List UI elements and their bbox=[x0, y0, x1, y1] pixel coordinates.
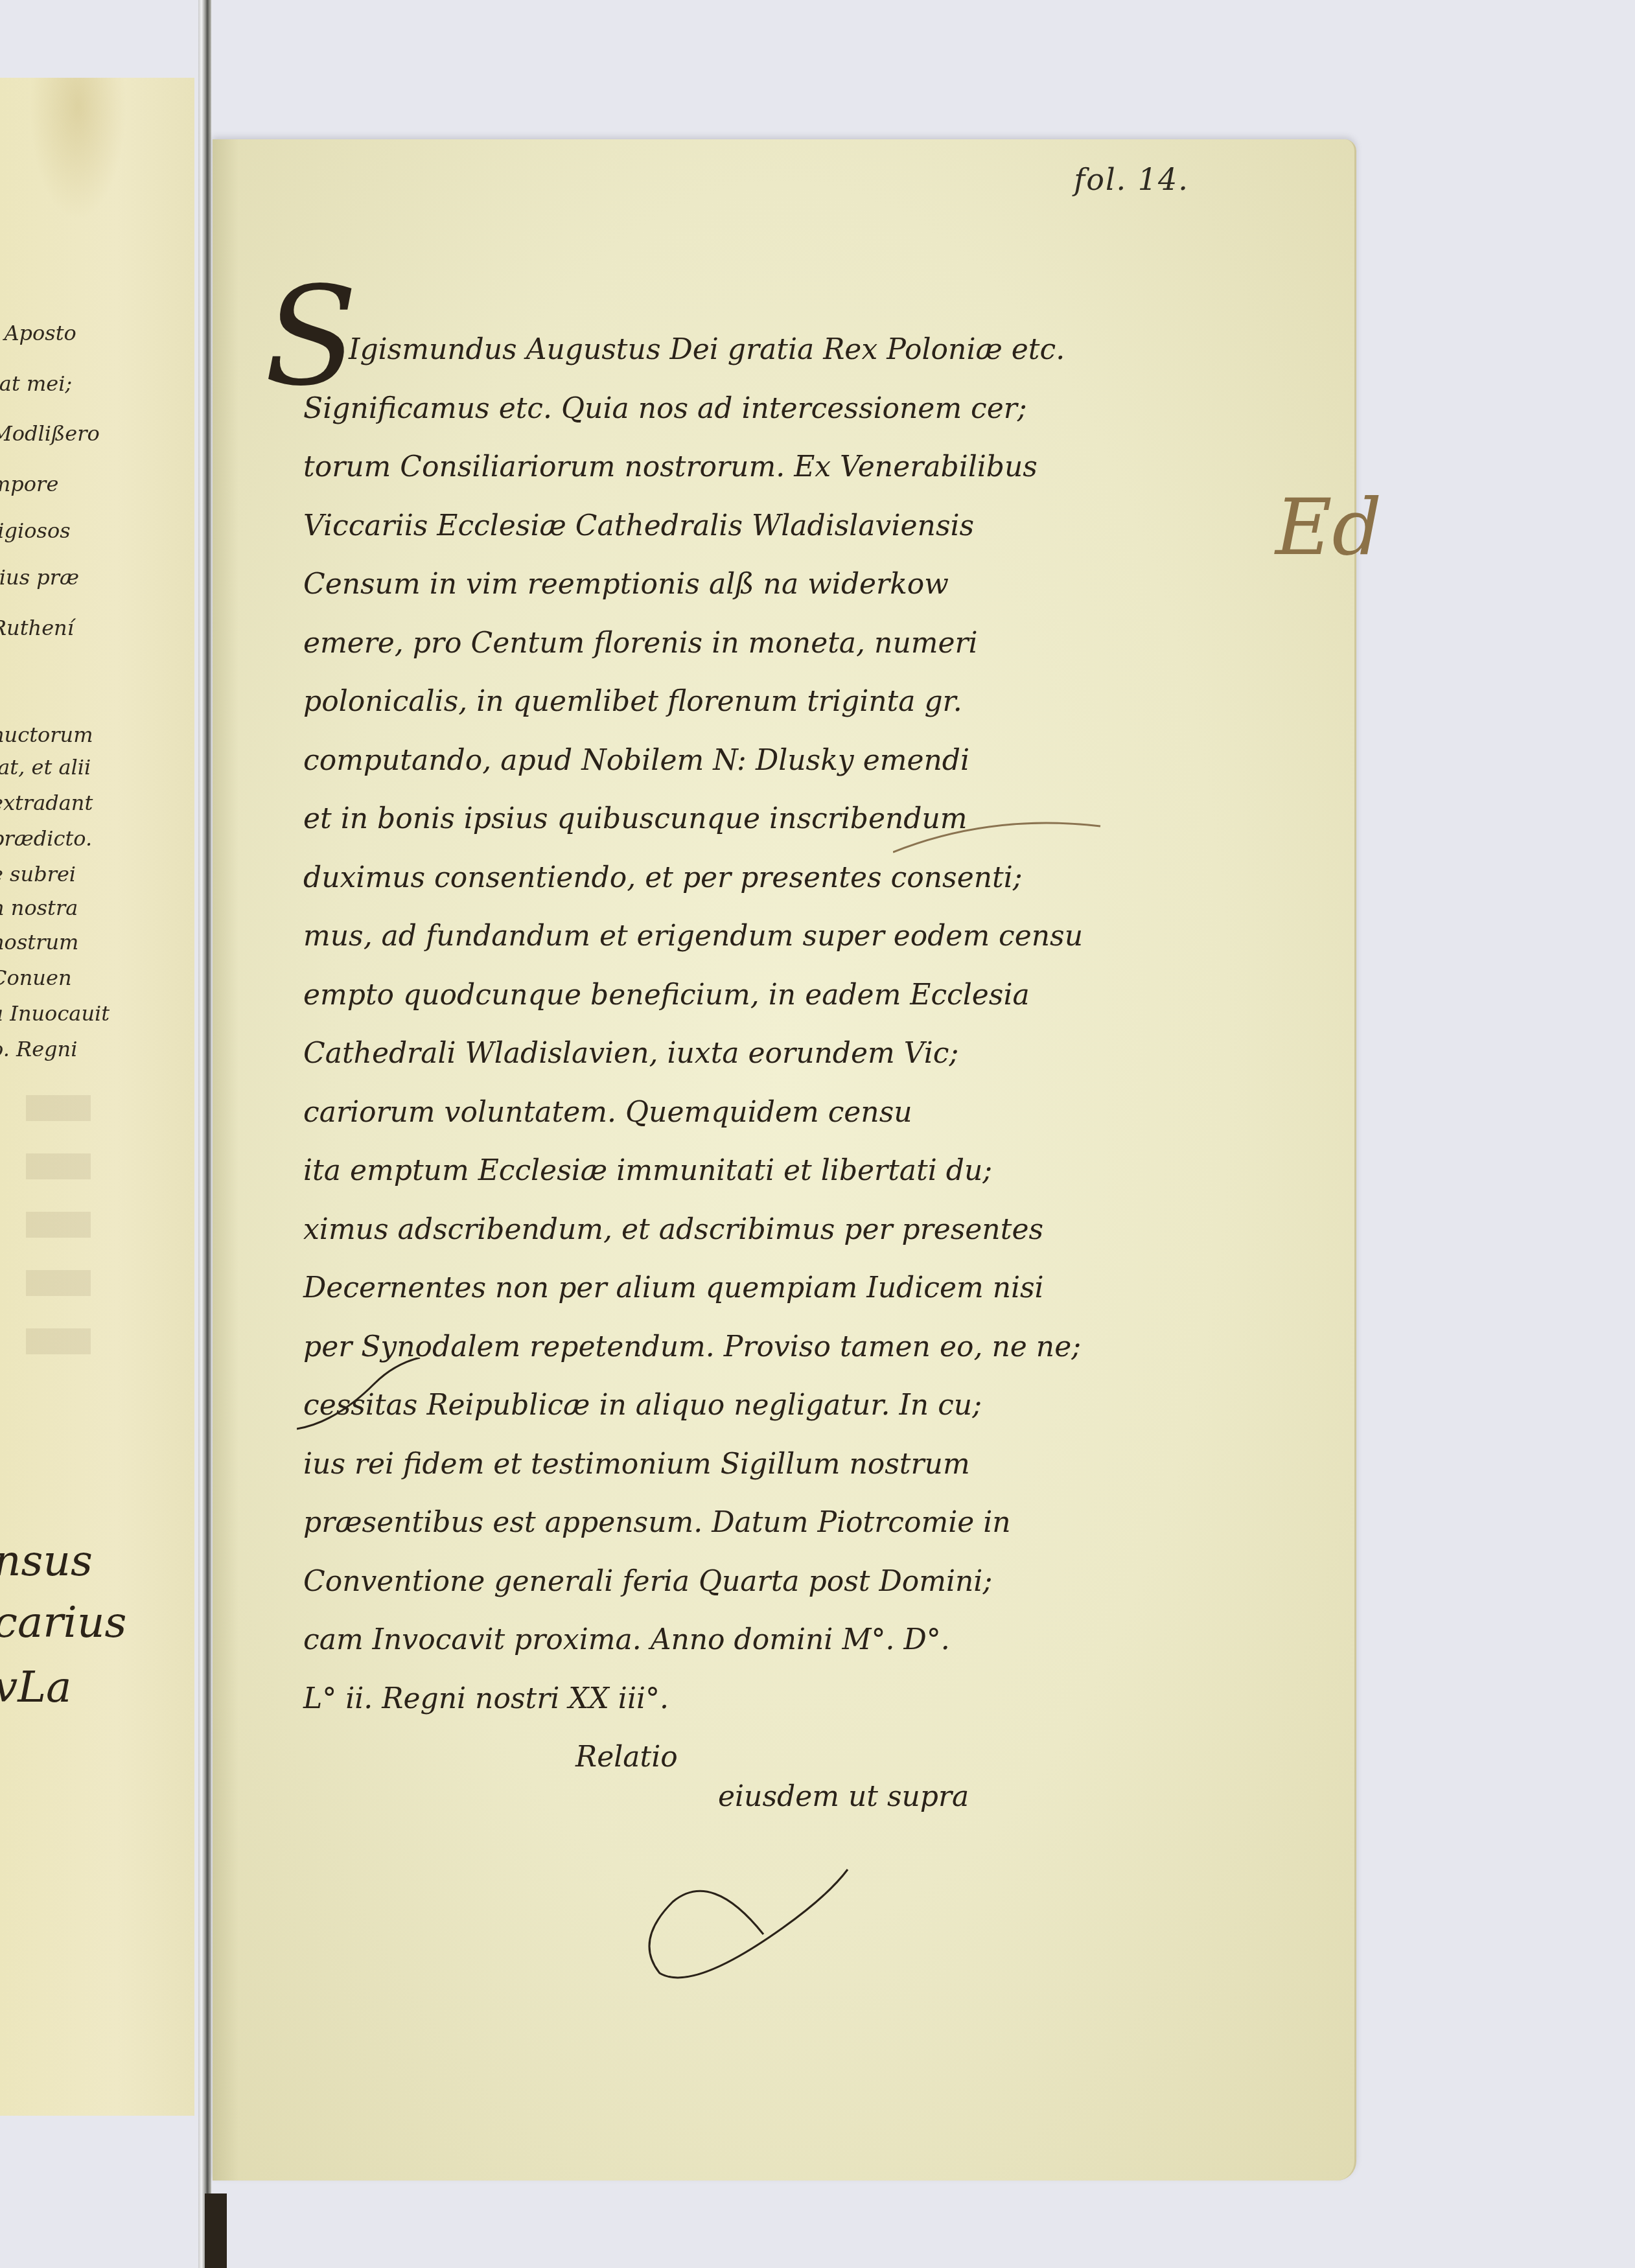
text-line: polonicalis, in quemlibet florenum trigi… bbox=[303, 673, 1295, 732]
text-line: cam Invocavit proxima. Anno domini M°. D… bbox=[303, 1611, 1295, 1670]
left-line: extradant bbox=[0, 791, 93, 815]
ink-show-through bbox=[26, 1095, 91, 1367]
closing-eiusdem: eiusdem ut supra bbox=[303, 1768, 1295, 1827]
cradle-clamp bbox=[205, 2193, 227, 2268]
folio-number: fol. 14. bbox=[1074, 162, 1189, 197]
text-line: Viccariis Ecclesiæ Cathedralis Wladislav… bbox=[303, 497, 1295, 556]
text-line: ius rei fidem et testimonium Sigillum no… bbox=[303, 1435, 1295, 1494]
text-line: emere, pro Centum florenis in moneta, nu… bbox=[303, 614, 1295, 673]
left-line: i Aposto bbox=[0, 321, 76, 345]
left-line: n nostra bbox=[0, 896, 78, 920]
glass-plate-edge bbox=[198, 0, 211, 2268]
rubric-line: carius bbox=[0, 1597, 126, 1647]
text-line: et in bonis ipsius quibuscunque inscribe… bbox=[303, 790, 1295, 849]
signature-flourish-icon bbox=[634, 1857, 867, 1986]
text-line: torum Consiliariorum nostrorum. Ex Vener… bbox=[303, 438, 1295, 497]
left-line: lat, et alii bbox=[0, 755, 91, 780]
text-line: Conventione generali feria Quarta post D… bbox=[303, 1553, 1295, 1612]
text-line: Decernentes non per alium quempiam Iudic… bbox=[303, 1259, 1295, 1318]
text-line: L° ii. Regni nostri XX iii°. bbox=[303, 1670, 1295, 1729]
text-line: Censum in vim reemptionis alß na widerko… bbox=[303, 555, 1295, 614]
text-line: ximus adscribendum, et adscribimus per p… bbox=[303, 1201, 1295, 1260]
text-line: computando, apud Nobilem N: Dlusky emend… bbox=[303, 732, 1295, 791]
text-line: empto quodcunque beneficium, in eadem Ec… bbox=[303, 966, 1295, 1025]
text-line: Cathedrali Wladislavien, iuxta eorundem … bbox=[303, 1024, 1295, 1083]
left-line: tat mei; bbox=[0, 371, 72, 396]
text-line: ita emptum Ecclesiæ immunitati et libert… bbox=[303, 1142, 1295, 1201]
left-line: tius præ bbox=[0, 565, 79, 590]
left-line: ligiosos bbox=[0, 518, 71, 543]
left-line: nostrum bbox=[0, 930, 78, 955]
text-line: mus, ad fundandum et erigendum super eod… bbox=[303, 907, 1295, 966]
left-line: a Inuocauit bbox=[0, 1001, 110, 1026]
text-line: Significamus etc. Quia nos ad intercessi… bbox=[303, 380, 1295, 439]
left-line: e subrei bbox=[0, 862, 76, 886]
left-line: o. Regni bbox=[0, 1037, 77, 1061]
left-line: prædicto. bbox=[0, 826, 92, 851]
left-line: nuctorum bbox=[0, 723, 93, 747]
right-page: fol. 14. Ed S Igismundus Augustus Dei gr… bbox=[213, 139, 1356, 2181]
text-line: duximus consentiendo, et per presentes c… bbox=[303, 849, 1295, 908]
rubric-line: nsus bbox=[0, 1536, 93, 1586]
text-line: cariorum voluntatem. Quemquidem censu bbox=[303, 1083, 1295, 1142]
left-line: mpore bbox=[0, 472, 58, 496]
left-line: Modlißero bbox=[0, 421, 100, 446]
text-line: Igismundus Augustus Dei gratia Rex Polon… bbox=[303, 321, 1295, 380]
left-line: Conuen bbox=[0, 966, 72, 990]
letter-text: S Igismundus Augustus Dei gratia Rex Pol… bbox=[303, 321, 1295, 1826]
text-line: præsentibus est appensum. Datum Piotrcom… bbox=[303, 1494, 1295, 1553]
text-line: cessitas Reipublicæ in aliquo negligatur… bbox=[303, 1376, 1295, 1435]
decorated-initial: S bbox=[264, 269, 358, 405]
text-line: per Synodalem repetendum. Proviso tamen … bbox=[303, 1318, 1295, 1377]
water-stain bbox=[29, 78, 126, 220]
rubric-line: vLa bbox=[0, 1662, 71, 1712]
left-line: Ruthení bbox=[0, 616, 74, 640]
left-facing-page: i Aposto tat mei; Modlißero mpore ligios… bbox=[0, 78, 194, 2116]
